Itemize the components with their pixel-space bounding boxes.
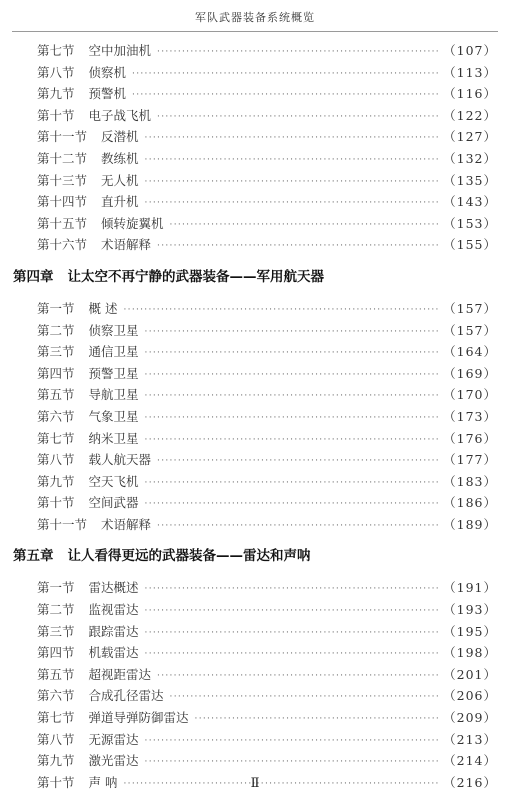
entry-number: 第四节 — [37, 642, 75, 664]
entry-title: 监视雷达 — [89, 599, 139, 621]
entry-number: 第十五节 — [37, 213, 87, 235]
entry-number: 第十三节 — [37, 170, 87, 192]
entry-page: （122） — [443, 105, 497, 127]
entry-title: 导航卫星 — [89, 384, 139, 406]
dot-leader — [157, 516, 439, 538]
entry-page: （189） — [443, 514, 497, 536]
toc-entry[interactable]: 第二节侦察卫星（157） — [0, 320, 510, 342]
entry-page: （209） — [443, 707, 497, 729]
dot-leader — [145, 579, 440, 601]
entry-number: 第一节 — [37, 298, 75, 320]
entry-page: （157） — [443, 320, 497, 342]
entry-page: （127） — [443, 126, 497, 148]
entry-page: （206） — [443, 685, 497, 707]
toc-entry[interactable]: 第十六节术语解释（155） — [0, 234, 510, 256]
toc-entry[interactable]: 第十三节无人机（135） — [0, 170, 510, 192]
toc-entry[interactable]: 第十五节倾转旋翼机（153） — [0, 213, 510, 235]
entry-number: 第九节 — [37, 471, 75, 493]
entry-title: 载人航天器 — [89, 449, 152, 471]
entry-title: 空天飞机 — [89, 471, 139, 493]
toc-entry[interactable]: 第五节超视距雷达（201） — [0, 664, 510, 686]
entry-page: （214） — [443, 750, 497, 772]
dot-leader — [145, 150, 440, 172]
entry-page: （177） — [443, 449, 497, 471]
entry-page: （186） — [443, 492, 497, 514]
entry-number: 第十六节 — [37, 234, 87, 256]
entry-title: 跟踪雷达 — [89, 621, 139, 643]
entry-number: 第二节 — [37, 320, 75, 342]
dot-leader — [157, 107, 439, 129]
entry-number: 第七节 — [37, 707, 75, 729]
entry-number: 第六节 — [37, 685, 75, 707]
entry-page: （169） — [443, 363, 497, 385]
chapter-number: 第五章 — [13, 548, 54, 564]
dot-leader — [145, 386, 440, 408]
dot-leader — [145, 128, 440, 150]
entry-page: （198） — [443, 642, 497, 664]
dot-leader — [145, 644, 440, 666]
entry-title: 机载雷达 — [89, 642, 139, 664]
dot-leader — [145, 408, 440, 430]
entry-page: （107） — [443, 40, 497, 62]
entry-page: （193） — [443, 599, 497, 621]
toc-entry[interactable]: 第七节弹道导弹防御雷达（209） — [0, 707, 510, 729]
dot-leader — [145, 365, 440, 387]
entry-number: 第一节 — [37, 577, 75, 599]
entry-number: 第十二节 — [37, 148, 87, 170]
entry-number: 第三节 — [37, 341, 75, 363]
dot-leader — [145, 172, 440, 194]
entry-title: 侦察机 — [89, 62, 127, 84]
toc-entry[interactable]: 第十节空间武器（186） — [0, 492, 510, 514]
entry-number: 第七节 — [37, 40, 75, 62]
toc-entry[interactable]: 第四节机载雷达（198） — [0, 642, 510, 664]
entry-number: 第八节 — [37, 729, 75, 751]
toc-entry[interactable]: 第十节电子战飞机（122） — [0, 105, 510, 127]
entry-title: 术语解释 — [101, 234, 151, 256]
chapter-title: 让太空不再宁静的武器装备——军用航天器 — [68, 269, 325, 285]
toc-entry[interactable]: 第九节激光雷达（214） — [0, 750, 510, 772]
toc-entry[interactable]: 第二节监视雷达（193） — [0, 599, 510, 621]
entry-title: 通信卫星 — [89, 341, 139, 363]
page-number: Ⅱ — [0, 776, 510, 791]
entry-number: 第八节 — [37, 62, 75, 84]
toc-section-chapter-5: 第五章让人看得更远的武器装备——雷达和声呐 第一节雷达概述（191） 第二节监视… — [0, 541, 510, 793]
dot-leader — [145, 343, 440, 365]
toc-entry[interactable]: 第三节通信卫星（164） — [0, 341, 510, 363]
toc-entry[interactable]: 第六节气象卫星（173） — [0, 406, 510, 428]
entry-number: 第四节 — [37, 363, 75, 385]
toc-entry[interactable]: 第十一节反潜机（127） — [0, 126, 510, 148]
entry-title: 雷达概述 — [89, 577, 139, 599]
entry-title: 纳米卫星 — [89, 428, 139, 450]
entry-page: （173） — [443, 406, 497, 428]
entry-title: 空间武器 — [89, 492, 139, 514]
dot-leader — [132, 85, 439, 107]
entry-number: 第十一节 — [37, 126, 87, 148]
entry-title: 概 述 — [89, 298, 118, 320]
entry-title: 反潜机 — [101, 126, 139, 148]
toc-entry[interactable]: 第五节导航卫星（170） — [0, 384, 510, 406]
dot-leader — [157, 42, 439, 64]
entry-title: 超视距雷达 — [89, 664, 152, 686]
entry-title: 无人机 — [101, 170, 139, 192]
entry-page: （176） — [443, 428, 497, 450]
dot-leader — [132, 64, 439, 86]
dot-leader — [170, 215, 440, 237]
entry-number: 第十节 — [37, 492, 75, 514]
toc-entry[interactable]: 第六节合成孔径雷达（206） — [0, 685, 510, 707]
entry-title: 预警机 — [89, 83, 127, 105]
entry-page: （201） — [443, 664, 497, 686]
dot-leader — [145, 322, 440, 344]
toc-entry[interactable]: 第八节载人航天器（177） — [0, 449, 510, 471]
entry-title: 侦察卫星 — [89, 320, 139, 342]
chapter-heading[interactable]: 第五章让人看得更远的武器装备——雷达和声呐 — [0, 541, 510, 571]
dot-leader — [145, 601, 440, 623]
dot-leader — [145, 623, 440, 645]
entry-page: （191） — [443, 577, 497, 599]
toc-entry[interactable]: 第四节预警卫星（169） — [0, 363, 510, 385]
entry-number: 第八节 — [37, 449, 75, 471]
entry-title: 激光雷达 — [89, 750, 139, 772]
dot-leader — [145, 731, 440, 753]
entry-number: 第二节 — [37, 599, 75, 621]
entry-page: （135） — [443, 170, 497, 192]
dot-leader — [195, 709, 440, 731]
entry-page: （195） — [443, 621, 497, 643]
entry-number: 第五节 — [37, 384, 75, 406]
toc-entry[interactable]: 第十一节术语解释（189） — [0, 514, 510, 536]
entry-page: （170） — [443, 384, 497, 406]
entry-title: 无源雷达 — [89, 729, 139, 751]
toc-section-chapter-4: 第四章让太空不再宁静的武器装备——军用航天器 第一节概 述（157） 第二节侦察… — [0, 262, 510, 536]
toc-entry[interactable]: 第一节概 述（157） — [0, 298, 510, 320]
entry-page: （153） — [443, 213, 497, 235]
entry-page: （183） — [443, 471, 497, 493]
dot-leader — [145, 494, 440, 516]
entry-page: （132） — [443, 148, 497, 170]
entry-page: （143） — [443, 191, 497, 213]
toc-entry[interactable]: 第八节无源雷达（213） — [0, 729, 510, 751]
toc-section-continued: 第七节空中加油机（107） 第八节侦察机（113） 第九节预警机（116） 第十… — [0, 40, 510, 256]
toc-entry[interactable]: 第七节纳米卫星（176） — [0, 428, 510, 450]
dot-leader — [157, 236, 439, 258]
running-head: 军队武器装备系统概览 — [0, 9, 510, 25]
toc-entry[interactable]: 第十二节教练机（132） — [0, 148, 510, 170]
entry-number: 第九节 — [37, 83, 75, 105]
dot-leader — [170, 687, 440, 709]
entry-number: 第十一节 — [37, 514, 87, 536]
chapter-number: 第四章 — [13, 269, 54, 285]
dot-leader — [145, 430, 440, 452]
toc-entry[interactable]: 第十四节直升机（143） — [0, 191, 510, 213]
entry-title: 合成孔径雷达 — [89, 685, 164, 707]
entry-page: （157） — [443, 298, 497, 320]
entry-number: 第七节 — [37, 428, 75, 450]
entry-title: 弹道导弹防御雷达 — [89, 707, 189, 729]
dot-leader — [145, 473, 440, 495]
dot-leader — [157, 666, 439, 688]
toc-entry[interactable]: 第八节侦察机（113） — [0, 62, 510, 84]
entry-title: 术语解释 — [101, 514, 151, 536]
toc-entry[interactable]: 第九节预警机（116） — [0, 83, 510, 105]
entry-page: （213） — [443, 729, 497, 751]
entry-number: 第十四节 — [37, 191, 87, 213]
entry-page: （113） — [443, 62, 497, 84]
entry-number: 第十节 — [37, 105, 75, 127]
entry-title: 教练机 — [101, 148, 139, 170]
dot-leader — [124, 300, 440, 322]
entry-number: 第六节 — [37, 406, 75, 428]
chapter-title: 让人看得更远的武器装备——雷达和声呐 — [68, 548, 311, 564]
entry-title: 直升机 — [101, 191, 139, 213]
entry-number: 第三节 — [37, 621, 75, 643]
toc-entry[interactable]: 第一节雷达概述（191） — [0, 577, 510, 599]
chapter-heading[interactable]: 第四章让太空不再宁静的武器装备——军用航天器 — [0, 262, 510, 292]
toc-entry[interactable]: 第七节空中加油机（107） — [0, 40, 510, 62]
entry-page: （116） — [443, 83, 497, 105]
toc-entry[interactable]: 第三节跟踪雷达（195） — [0, 621, 510, 643]
entry-title: 倾转旋翼机 — [101, 213, 164, 235]
dot-leader — [157, 451, 439, 473]
entry-title: 预警卫星 — [89, 363, 139, 385]
entry-number: 第九节 — [37, 750, 75, 772]
dot-leader — [145, 193, 440, 215]
dot-leader — [145, 752, 440, 774]
entry-page: （164） — [443, 341, 497, 363]
header-rule — [12, 31, 498, 32]
toc-entry[interactable]: 第九节空天飞机（183） — [0, 471, 510, 493]
entry-page: （155） — [443, 234, 497, 256]
entry-title: 空中加油机 — [89, 40, 152, 62]
entry-title: 气象卫星 — [89, 406, 139, 428]
entry-title: 电子战飞机 — [89, 105, 152, 127]
entry-number: 第五节 — [37, 664, 75, 686]
table-of-contents: 第七节空中加油机（107） 第八节侦察机（113） 第九节预警机（116） 第十… — [0, 40, 510, 793]
